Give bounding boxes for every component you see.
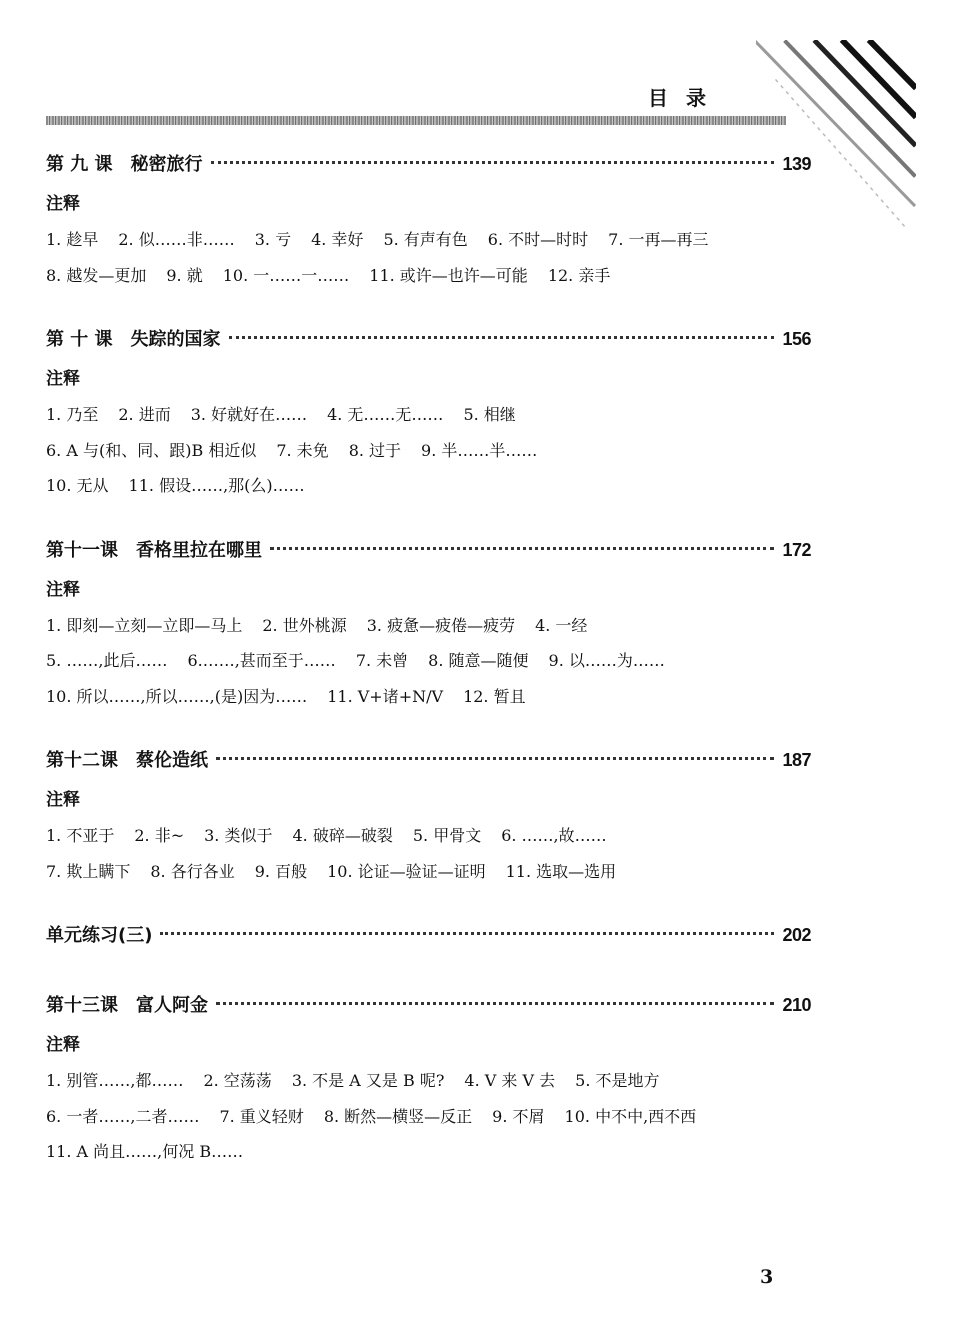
page-reference: 139 — [782, 154, 811, 175]
note-line: 1. 乃至2. 进而3. 好就好在……4. 无……无……5. 相继 — [46, 397, 811, 433]
toc-entry-lesson-13[interactable]: 第十三课 富人阿金 210 — [46, 991, 811, 1027]
dot-leader — [160, 932, 774, 935]
note-item: 9. 就 — [166, 266, 202, 285]
lesson-title: 失踪的国家 — [131, 325, 221, 351]
toc-entry-lesson-12[interactable]: 第十二课 蔡伦造纸 187 — [46, 746, 811, 782]
note-item: 2. 似……非…… — [118, 230, 234, 249]
lesson-title: 秘密旅行 — [131, 150, 203, 176]
unit-exercise-section: 单元练习(三) 202 — [46, 921, 811, 957]
note-item: 1. 乃至 — [46, 405, 98, 424]
page-reference: 187 — [782, 750, 811, 771]
note-line: 1. 别管……,都……2. 空荡荡3. 不是 A 又是 B 呢?4. V 来 V… — [46, 1063, 811, 1099]
note-line: 6. A 与(和、同、跟)B 相近似7. 未免8. 过于9. 半……半…… — [46, 433, 811, 469]
note-item: 3. 类似于 — [204, 826, 272, 845]
unit-title: 单元练习(三) — [46, 921, 152, 947]
toc-entry-lesson-11[interactable]: 第十一课 香格里拉在哪里 172 — [46, 536, 811, 572]
lesson-12-section: 第十二课 蔡伦造纸 187 注释 1. 不亚于2. 非~3. 类似于4. 破碎—… — [46, 746, 811, 889]
note-item: 8. 断然—横竖—反正 — [324, 1107, 472, 1126]
note-item: 8. 越发—更加 — [46, 266, 146, 285]
note-item: 4. 幸好 — [311, 230, 363, 249]
note-line: 1. 即刻—立刻—立即—马上2. 世外桃源3. 疲惫—疲倦—疲劳4. 一经 — [46, 608, 811, 644]
dot-leader — [270, 547, 774, 550]
toc-entry-unit-exercise-3[interactable]: 单元练习(三) 202 — [46, 921, 811, 957]
note-line: 6. 一者……,二者……7. 重义轻财8. 断然—横竖—反正9. 不屑10. 中… — [46, 1099, 811, 1135]
note-item: 2. 空荡荡 — [203, 1071, 271, 1090]
note-item: 3. 好就好在…… — [191, 405, 307, 424]
lesson-10-section: 第 十 课 失踪的国家 156 注释 1. 乃至2. 进而3. 好就好在……4.… — [46, 325, 811, 504]
note-line: 10. 所以……,所以……,(是)因为……11. V+诸+N/V12. 暂且 — [46, 679, 811, 715]
note-item: 10. 所以……,所以……,(是)因为…… — [46, 687, 307, 706]
note-item: 9. 以……为…… — [549, 651, 665, 670]
note-item: 3. 不是 A 又是 B 呢? — [292, 1071, 445, 1090]
page-reference: 202 — [782, 925, 811, 946]
note-item: 11. 选取—选用 — [506, 862, 617, 881]
note-item: 3. 疲惫—疲倦—疲劳 — [367, 616, 515, 635]
note-item: 2. 世外桃源 — [262, 616, 346, 635]
note-item: 6.……,甚而至于…… — [187, 651, 335, 670]
note-item: 8. 过于 — [349, 441, 401, 460]
note-item: 9. 百般 — [255, 862, 307, 881]
note-item: 5. 甲骨文 — [413, 826, 481, 845]
lesson-number: 第 十 课 — [46, 325, 113, 351]
notes-label: 注释 — [46, 782, 811, 818]
note-item: 7. 重义轻财 — [219, 1107, 303, 1126]
note-line: 5. ……,此后……6.……,甚而至于……7. 未曾8. 随意—随便9. 以……… — [46, 643, 811, 679]
note-item: 4. 破碎—破裂 — [292, 826, 392, 845]
note-line: 8. 越发—更加9. 就10. 一……一……11. 或许—也许—可能12. 亲手 — [46, 258, 811, 294]
lesson-title: 蔡伦造纸 — [136, 746, 208, 772]
lesson-9-section: 第 九 课 秘密旅行 139 注释 1. 趁早2. 似……非……3. 亏4. 幸… — [46, 150, 811, 293]
notes-label: 注释 — [46, 572, 811, 608]
note-item: 7. 未免 — [276, 441, 328, 460]
notes-label: 注释 — [46, 186, 811, 222]
note-item: 2. 进而 — [118, 405, 170, 424]
note-item: 6. 一者……,二者…… — [46, 1107, 199, 1126]
note-item: 10. 中不中,西不西 — [565, 1107, 697, 1126]
note-item: 10. 论证—验证—证明 — [327, 862, 486, 881]
note-item: 5. 相继 — [463, 405, 515, 424]
note-item: 2. 非~ — [134, 826, 184, 845]
note-item: 4. V 来 V 去 — [464, 1071, 555, 1090]
note-line: 11. A 尚且……,何况 B…… — [46, 1134, 811, 1170]
note-item: 5. 不是地方 — [575, 1071, 659, 1090]
note-item: 1. 别管……,都…… — [46, 1071, 183, 1090]
toc-entry-lesson-10[interactable]: 第 十 课 失踪的国家 156 — [46, 325, 811, 361]
note-item: 6. 不时—时时 — [488, 230, 588, 249]
note-item: 12. 暂且 — [463, 687, 526, 706]
note-item: 10. 无从 — [46, 476, 109, 495]
lesson-number: 第十二课 — [46, 746, 118, 772]
note-item: 4. 无……无…… — [327, 405, 443, 424]
note-item: 11. 假设……,那(么)…… — [129, 476, 305, 495]
note-item: 7. 一再—再三 — [608, 230, 708, 249]
note-item: 1. 即刻—立刻—立即—马上 — [46, 616, 242, 635]
note-item: 7. 欺上瞒下 — [46, 862, 130, 881]
note-item: 6. ……,故…… — [501, 826, 606, 845]
note-item: 4. 一经 — [535, 616, 587, 635]
note-item: 10. 一……一…… — [223, 266, 350, 285]
page-header: 目录 — [0, 0, 960, 140]
note-item: 7. 未曾 — [356, 651, 408, 670]
note-item: 8. 随意—随便 — [428, 651, 528, 670]
lesson-13-section: 第十三课 富人阿金 210 注释 1. 别管……,都……2. 空荡荡3. 不是 … — [46, 991, 811, 1170]
dot-leader — [216, 757, 774, 760]
note-item: 1. 不亚于 — [46, 826, 114, 845]
page-reference: 156 — [782, 329, 811, 350]
note-item: 1. 趁早 — [46, 230, 98, 249]
note-item: 3. 亏 — [255, 230, 291, 249]
notes-label: 注释 — [46, 361, 811, 397]
lesson-title: 富人阿金 — [136, 991, 208, 1017]
note-item: 11. 或许—也许—可能 — [369, 266, 528, 285]
lesson-title: 香格里拉在哪里 — [136, 536, 262, 562]
note-item: 8. 各行各业 — [150, 862, 234, 881]
note-line: 1. 趁早2. 似……非……3. 亏4. 幸好5. 有声有色6. 不时—时时7.… — [46, 222, 811, 258]
note-item: 11. A 尚且……,何况 B…… — [46, 1142, 243, 1161]
note-line: 7. 欺上瞒下8. 各行各业9. 百般10. 论证—验证—证明11. 选取—选用 — [46, 854, 811, 890]
dot-leader — [229, 336, 775, 339]
note-item: 5. ……,此后…… — [46, 651, 167, 670]
page-reference: 172 — [782, 540, 811, 561]
lesson-number: 第十一课 — [46, 536, 118, 562]
note-line: 10. 无从11. 假设……,那(么)…… — [46, 468, 811, 504]
note-item: 6. A 与(和、同、跟)B 相近似 — [46, 441, 256, 460]
toc-heading: 目录 — [648, 82, 724, 111]
page-reference: 210 — [782, 995, 811, 1016]
toc-entry-lesson-9[interactable]: 第 九 课 秘密旅行 139 — [46, 150, 811, 186]
note-item: 12. 亲手 — [548, 266, 611, 285]
lesson-11-section: 第十一课 香格里拉在哪里 172 注释 1. 即刻—立刻—立即—马上2. 世外桃… — [46, 536, 811, 715]
header-rule-divider — [46, 116, 786, 125]
note-item: 11. V+诸+N/V — [327, 687, 443, 706]
page-number: 3 — [760, 1266, 773, 1288]
table-of-contents: 第 九 课 秘密旅行 139 注释 1. 趁早2. 似……非……3. 亏4. 幸… — [46, 150, 811, 1202]
note-line: 1. 不亚于2. 非~3. 类似于4. 破碎—破裂5. 甲骨文6. ……,故…… — [46, 818, 811, 854]
note-item: 9. 不屑 — [492, 1107, 544, 1126]
note-item: 9. 半……半…… — [421, 441, 537, 460]
dot-leader — [211, 161, 775, 164]
note-item: 5. 有声有色 — [383, 230, 467, 249]
lesson-number: 第十三课 — [46, 991, 118, 1017]
notes-label: 注释 — [46, 1027, 811, 1063]
lesson-number: 第 九 课 — [46, 150, 113, 176]
dot-leader — [216, 1002, 774, 1005]
